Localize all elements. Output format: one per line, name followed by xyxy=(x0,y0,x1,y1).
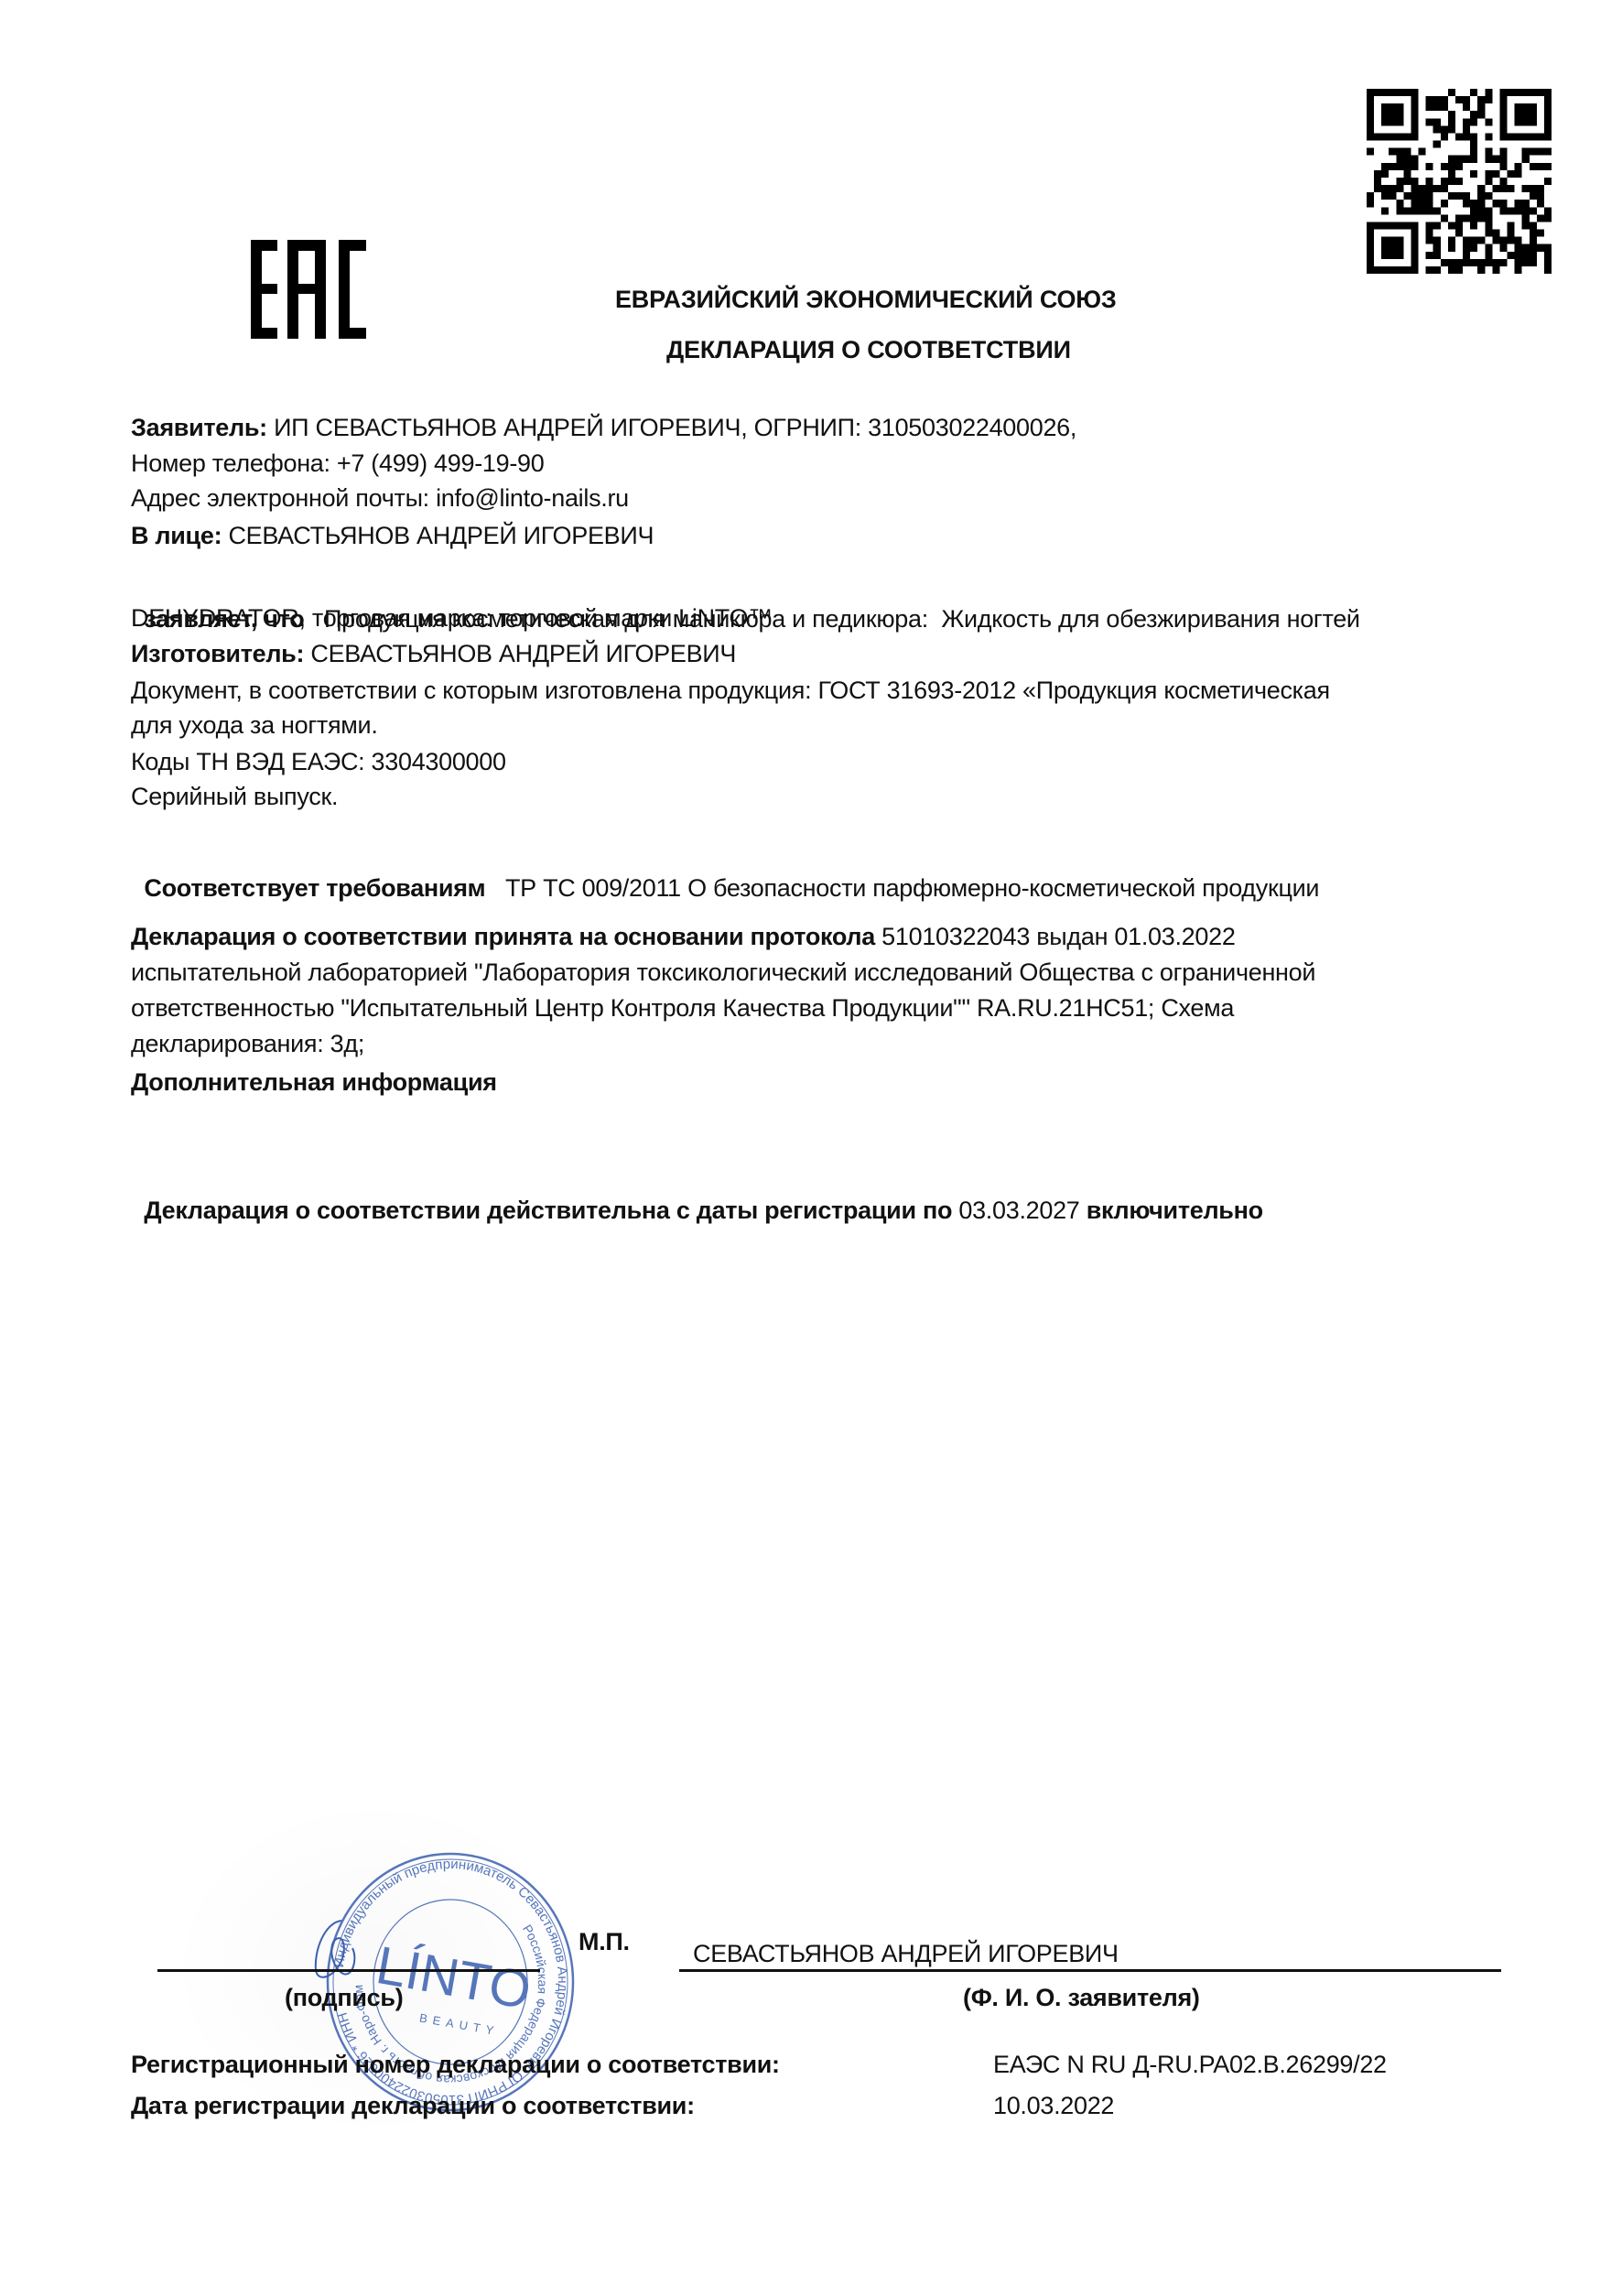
eac-logo-icon xyxy=(251,240,366,339)
validity-suffix: включительно xyxy=(1087,1197,1263,1224)
protocol-lab-line-2: ответственностью "Испытательный Центр Ко… xyxy=(131,991,1234,1026)
manufacturer-label: Изготовитель: xyxy=(131,640,304,667)
seal-mark-label: М.П. xyxy=(579,1924,630,1960)
manufacturer-line: Изготовитель: СЕВАСТЬЯНОВ АНДРЕЙ ИГОРЕВИ… xyxy=(131,636,736,672)
svg-text:BEAUTY: BEAUTY xyxy=(418,2010,500,2038)
protocol-lab-line: испытательной лабораторией "Лаборатория … xyxy=(131,955,1315,991)
registration-number-value: ЕАЭС N RU Д-RU.PA02.B.26299/22 xyxy=(993,2047,1387,2083)
standard-document-line: Документ, в соответствии с которым изгот… xyxy=(131,673,1330,709)
page-title: ДЕКЛАРАЦИЯ О СООТВЕТСТВИИ xyxy=(666,336,1071,364)
signature-line xyxy=(157,1969,540,1972)
represented-by-value: СЕВАСТЬЯНОВ АНДРЕЙ ИГОРЕВИЧ xyxy=(222,522,654,549)
declaration-scheme-line: декларирования: 3д; xyxy=(131,1026,364,1062)
protocol-line: Декларация о соответствии принята на осн… xyxy=(131,919,1236,955)
phone-line: Номер телефона: +7 (499) 499-19-90 xyxy=(131,446,544,482)
applicant-label: Заявитель: xyxy=(131,414,267,441)
tnved-codes-line: Коды ТН ВЭД ЕАЭС: 3304300000 xyxy=(131,744,506,780)
represented-by-line: В лице: СЕВАСТЬЯНОВ АНДРЕЙ ИГОРЕВИЧ xyxy=(131,518,654,554)
manufacturer-value: СЕВАСТЬЯНОВ АНДРЕЙ ИГОРЕВИЧ xyxy=(304,640,736,667)
validity-date: 03.03.2027 xyxy=(952,1197,1087,1224)
registration-date-value: 10.03.2022 xyxy=(993,2088,1114,2124)
represented-by-label: В лице: xyxy=(131,522,222,549)
requirements-value: ТР ТС 009/2011 О безопасности парфюмерно… xyxy=(485,874,1319,902)
protocol-value: 51010322043 выдан 01.03.2022 xyxy=(875,923,1236,950)
email-line: Адрес электронной почты: info@linto-nail… xyxy=(131,481,629,516)
signature-caption: (подпись) xyxy=(285,1980,403,2016)
union-heading: ЕВРАЗИЙСКИЙ ЭКОНОМИЧЕСКИЙ СОЮЗ xyxy=(615,286,1117,314)
additional-info-heading: Дополнительная информация xyxy=(131,1065,497,1100)
applicant-full-name: СЕВАСТЬЯНОВ АНДРЕЙ ИГОРЕВИЧ xyxy=(693,1936,1119,1972)
applicant-line: Заявитель: ИП СЕВАСТЬЯНОВ АНДРЕЙ ИГОРЕВИ… xyxy=(131,410,1076,446)
registration-number-label: Регистрационный номер декларации о соотв… xyxy=(131,2047,780,2083)
requirements-line: Соответствует требованиям ТР ТС 009/2011… xyxy=(131,835,1319,906)
standard-document-line-2: для ухода за ногтями. xyxy=(131,708,378,743)
registration-date-label: Дата регистрации декларации о соответств… xyxy=(131,2088,695,2124)
validity-line: Декларация о соответствии действительна … xyxy=(131,1157,1263,1229)
name-caption: (Ф. И. О. заявителя) xyxy=(963,1980,1200,2016)
protocol-label: Декларация о соответствии принята на осн… xyxy=(131,923,875,950)
serial-production-line: Серийный выпуск. xyxy=(131,779,338,815)
signature-icon xyxy=(307,1913,371,1987)
qr-code-icon xyxy=(1367,89,1552,274)
validity-label: Декларация о соответствии действительна … xyxy=(144,1197,952,1224)
product-brand-line: DEHYDRATOR, торговая марка: торговой мар… xyxy=(131,601,773,636)
applicant-value: ИП СЕВАСТЬЯНОВ АНДРЕЙ ИГОРЕВИЧ, ОГРНИП: … xyxy=(267,414,1076,441)
requirements-label: Соответствует требованиям xyxy=(144,874,485,902)
